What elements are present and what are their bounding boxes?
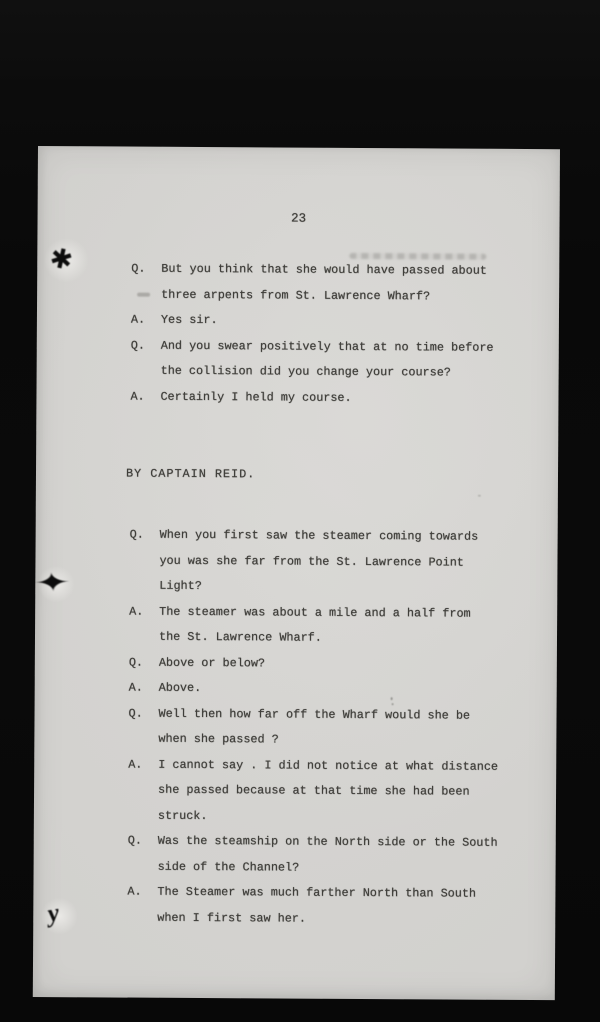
qa-text: Above.	[159, 676, 549, 704]
qa-text-line: I cannot say . I did not notice at what …	[158, 752, 548, 780]
qa-entry: A.Above.	[129, 676, 549, 704]
qa-entry: A.Certainly I held my course.	[130, 384, 550, 412]
qa-text-line: But you think that she would have passed…	[161, 257, 551, 285]
dust-speck	[392, 703, 394, 705]
qa-text-line: struck.	[158, 803, 548, 831]
ink-blot-icon: y	[30, 890, 76, 936]
qa-entry: Q.Was the steamship on the North side or…	[128, 829, 548, 883]
qa-text: Well then how far off the Wharf would sh…	[158, 701, 548, 754]
qa-text-line: you was she far from the St. Lawrence Po…	[159, 548, 549, 576]
document-page: 23 Q.But you think that she would have p…	[33, 146, 560, 1000]
dust-speck	[478, 495, 481, 497]
qa-text-line: when she passed ?	[158, 727, 548, 755]
qa-entry: A.The steamer was about a mile and a hal…	[129, 599, 549, 653]
qa-text: When you first saw the steamer coming to…	[159, 523, 549, 602]
qa-block-first: Q.But you think that she would have pass…	[130, 257, 551, 413]
ink-blot-icon: ✱	[37, 235, 85, 283]
qa-speaker-label: Q.	[129, 650, 159, 676]
qa-text-line: Was the steamship on the North side or t…	[158, 829, 548, 857]
section-header: BY CAPTAIN REID.	[126, 462, 255, 488]
qa-entry: Q.Well then how far off the Wharf would …	[128, 701, 548, 755]
qa-text-line: Above.	[159, 676, 549, 704]
qa-speaker-label: Q.	[128, 701, 158, 727]
qa-speaker-label: A.	[131, 308, 161, 334]
qa-text-line: The steamer was about a mile and a half …	[159, 599, 549, 627]
qa-entry: Q.But you think that she would have pass…	[131, 257, 551, 311]
ink-blot-icon: ✦	[14, 561, 91, 603]
qa-text: Above or below?	[159, 650, 549, 678]
qa-text-line: when I first saw her.	[157, 905, 547, 933]
qa-text: Yes sir.	[161, 308, 551, 336]
qa-speaker-label: A.	[129, 676, 159, 702]
page-number: 23	[38, 210, 560, 227]
qa-speaker-label: A.	[128, 752, 158, 778]
qa-text-line: When you first saw the steamer coming to…	[160, 523, 550, 551]
qa-text: And you swear positively that at no time…	[161, 333, 551, 386]
qa-entry: A.I cannot say . I did not notice at wha…	[128, 752, 548, 831]
qa-speaker-label: Q.	[130, 523, 160, 549]
qa-text-line: the collision did you change your course…	[161, 359, 551, 387]
qa-text-line: Yes sir.	[161, 308, 551, 336]
qa-text-line: Certainly I held my course.	[160, 384, 550, 412]
qa-text: Certainly I held my course.	[160, 384, 550, 412]
qa-text-line: The Steamer was much farther North than …	[157, 880, 547, 908]
qa-text-line: Light?	[159, 574, 549, 602]
qa-text: Was the steamship on the North side or t…	[158, 829, 548, 882]
qa-entry: Q.Above or below?	[129, 650, 549, 678]
qa-speaker-label: Q.	[131, 333, 161, 359]
qa-text: But you think that she would have passed…	[161, 257, 551, 310]
qa-entry: A.The Steamer was much farther North tha…	[127, 880, 547, 934]
qa-speaker-label: Q.	[128, 829, 158, 855]
qa-entry: Q.And you swear positively that at no ti…	[131, 333, 551, 387]
qa-text-line: side of the Channel?	[158, 854, 548, 882]
qa-entry: Q.When you first saw the steamer coming …	[129, 523, 549, 602]
qa-text: The steamer was about a mile and a half …	[159, 599, 549, 652]
qa-speaker-label: Q.	[131, 257, 161, 283]
qa-speaker-label: A.	[130, 384, 160, 410]
qa-text-line: she passed because at that time she had …	[158, 778, 548, 806]
qa-text-line: the St. Lawrence Wharf.	[159, 625, 549, 653]
qa-text: I cannot say . I did not notice at what …	[158, 752, 548, 831]
scan-backdrop: 23 Q.But you think that she would have p…	[0, 0, 600, 1022]
qa-speaker-label: A.	[129, 599, 159, 625]
qa-text-line: Well then how far off the Wharf would sh…	[158, 701, 548, 729]
qa-text-line: And you swear positively that at no time…	[161, 333, 551, 361]
qa-text-line: three arpents from St. Lawrence Wharf?	[161, 282, 551, 310]
dust-speck	[391, 697, 393, 700]
qa-speaker-label: A.	[127, 880, 157, 906]
qa-text-line: Above or below?	[159, 650, 549, 678]
qa-entry: A.Yes sir.	[131, 308, 551, 336]
qa-text: The Steamer was much farther North than …	[157, 880, 547, 933]
qa-block-second: Q.When you first saw the steamer coming …	[127, 523, 549, 934]
